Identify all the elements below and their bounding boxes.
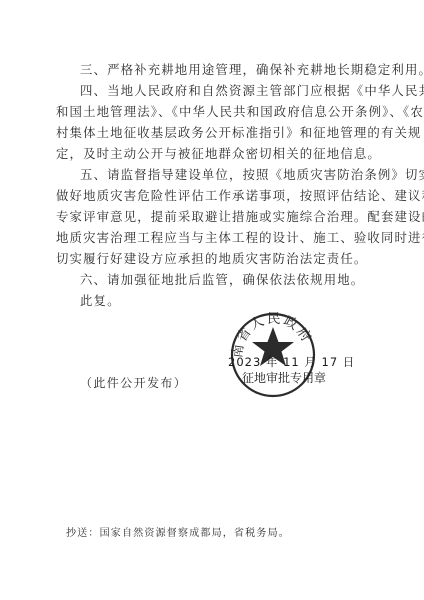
paragraph-line: 此复。 <box>80 293 400 309</box>
cc-line: 抄送：国家自然资源督察成都局，省税务局。 <box>66 524 290 539</box>
seal-name: 征地审批专用章 <box>242 369 326 386</box>
paragraph-line: 四、当地人民政府和自然资源主管部门应根据《中华人民共 <box>80 83 400 99</box>
public-release-note: （此件公开发布） <box>80 374 187 391</box>
paragraph-line: 五、请监督指导建设单位，按照《地质灾害防治条例》切实 <box>80 167 400 183</box>
paragraph-line: 和国土地管理法》、《中华人民共和国政府信息公开条例》、《农 <box>56 104 376 120</box>
paragraph-line: 做好地质灾害危险性评估工作承诺事项，按照评估结论、建议和 <box>56 188 376 204</box>
paragraph-line: 三、严格补充耕地用途管理，确保补充耕地长期稳定利用。 <box>80 62 400 78</box>
paragraph-line: 地质灾害治理工程应当与主体工程的设计、施工、验收同时进行， <box>56 230 376 246</box>
paragraph-line: 切实履行好建设方应承担的地质灾害防治法定责任。 <box>56 251 376 267</box>
seal-date: 2023 年 11 月 17 日 <box>228 354 355 370</box>
paragraph-line: 专家评审意见，提前采取避让措施或实施综合治理。配套建设的 <box>56 209 376 225</box>
paragraph-line: 定，及时主动公开与被征地群众密切相关的征地信息。 <box>56 146 376 162</box>
paragraph-line: 村集体土地征收基层政务公开标准指引》和征地管理的有关规 <box>56 125 376 141</box>
paragraph-line: 六、请加强征地批后监管，确保依法依规用地。 <box>80 272 400 288</box>
